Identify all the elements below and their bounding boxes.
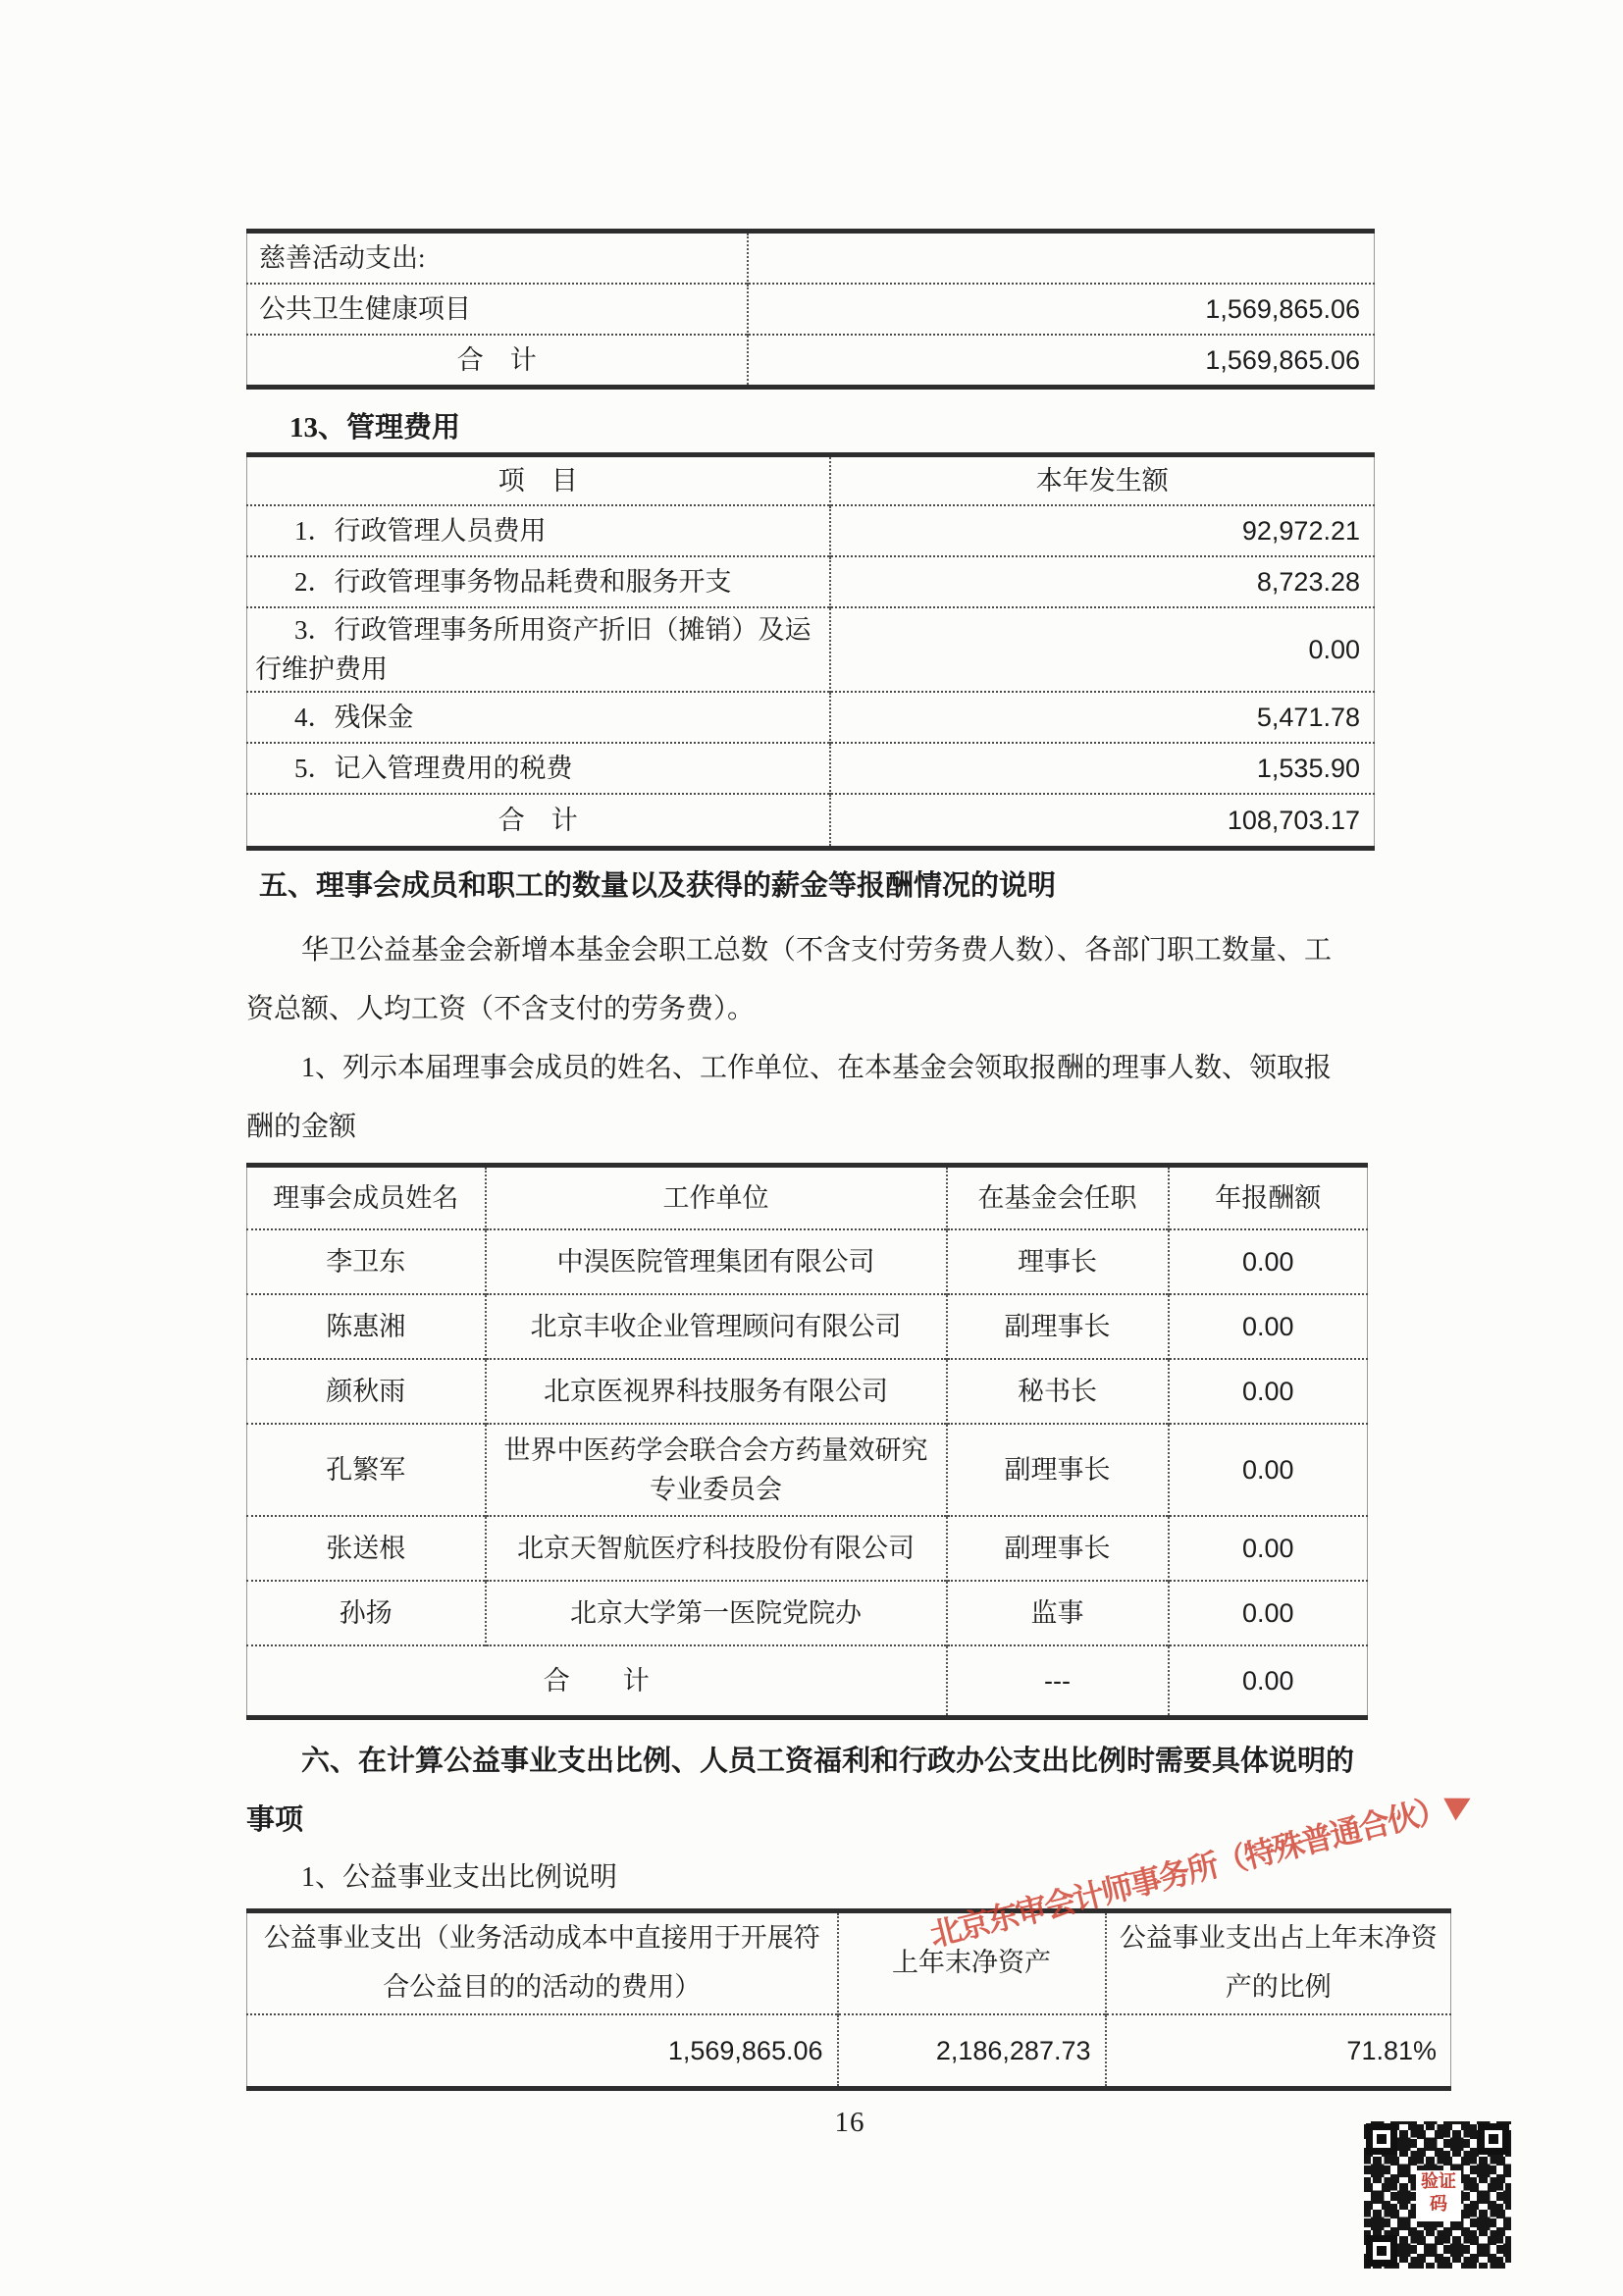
column-header-pay: 年报酬额 [1169, 1166, 1368, 1230]
admin-row-label: 3．行政管理事务所用资产折旧（摊销）及运行维护费用 [247, 607, 830, 692]
section-five-paragraph: 华卫公益基金会新增本基金会职工总数（不含支付劳务费人数）、各部门职工数量、工 资… [246, 921, 1404, 1039]
expense-row-value: 1,569,865.06 [748, 284, 1375, 335]
column-header-item: 项 目 [247, 455, 830, 506]
member-name: 陈惠湘 [247, 1294, 486, 1359]
admin-row-value: 1,535.90 [830, 743, 1375, 794]
member-pay: 0.00 [1169, 1516, 1368, 1581]
section-six-item: 1、公益事业支出比例说明 [246, 1850, 1453, 1906]
document-page: 慈善活动支出: 公共卫生健康项目 1,569,865.06 合 计 1,569,… [0, 0, 1623, 2296]
table-header-row: 公益事业支出（业务活动成本中直接用于开展符合公益目的的活动的费用） 上年末净资产… [247, 1911, 1451, 2015]
table-row: 慈善活动支出: [247, 232, 1375, 285]
expense-row-label: 公共卫生健康项目 [247, 284, 748, 335]
section-five-heading: 五、理事会成员和职工的数量以及获得的薪金等报酬情况的说明 [246, 866, 1453, 906]
admin-row-value: 0.00 [830, 607, 1375, 692]
member-position: 理事长 [947, 1229, 1169, 1294]
member-position: 监事 [947, 1581, 1169, 1645]
section-five-item: 1、列示本届理事会成员的姓名、工作单位、在本基金会领取报酬的理事人数、领取报 酬… [246, 1039, 1404, 1157]
member-pay: 0.00 [1169, 1359, 1368, 1424]
expense-row-label: 慈善活动支出: [247, 232, 748, 285]
member-employer: 中淏医院管理集团有限公司 [486, 1229, 947, 1294]
column-header-ratio: 公益事业支出占上年末净资产的比例 [1106, 1911, 1451, 2015]
member-name: 孙扬 [247, 1581, 486, 1645]
welfare-expense-value: 1,569,865.06 [247, 2014, 838, 2089]
column-header-amount: 本年发生额 [830, 455, 1375, 506]
admin-row-label: 2．行政管理事务物品耗费和服务开支 [247, 556, 830, 607]
admin-row-value: 92,972.21 [830, 505, 1375, 556]
expense-total-value: 1,569,865.06 [748, 335, 1375, 388]
member-pay: 0.00 [1169, 1294, 1368, 1359]
section-six-heading: 六、在计算公益事业支出比例、人员工资福利和行政办公支出比例时需要具体说明的 事项 [246, 1732, 1453, 1850]
column-header-employer: 工作单位 [486, 1166, 947, 1230]
public-welfare-ratio-table: 公益事业支出（业务活动成本中直接用于开展符合公益目的的活动的费用） 上年末净资产… [246, 1908, 1451, 2091]
column-header-net-assets: 上年末净资产 [838, 1911, 1106, 2015]
member-position: 秘书长 [947, 1359, 1169, 1424]
member-position: 副理事长 [947, 1424, 1169, 1516]
column-header-name: 理事会成员姓名 [247, 1166, 486, 1230]
admin-row-label: 1．行政管理人员费用 [247, 505, 830, 556]
table-row: 张送根 北京天智航医疗科技股份有限公司 副理事长 0.00 [247, 1516, 1368, 1581]
board-total-position: --- [947, 1645, 1169, 1718]
table-row: 1,569,865.06 2,186,287.73 71.81% [247, 2014, 1451, 2089]
table-total-row: 合 计 108,703.17 [247, 794, 1375, 849]
net-assets-value: 2,186,287.73 [838, 2014, 1106, 2089]
member-name: 颜秋雨 [247, 1359, 486, 1424]
expense-row-value [748, 232, 1375, 285]
charity-expense-table: 慈善活动支出: 公共卫生健康项目 1,569,865.06 合 计 1,569,… [246, 229, 1375, 390]
member-employer: 北京医视界科技服务有限公司 [486, 1359, 947, 1424]
table-row: 合 计 1,569,865.06 [247, 335, 1375, 388]
admin-row-value: 5,471.78 [830, 692, 1375, 743]
column-header-position: 在基金会任职 [947, 1166, 1169, 1230]
table-total-row: 合 计 --- 0.00 [247, 1645, 1368, 1718]
page-number: 16 [246, 2107, 1453, 2139]
member-name: 张送根 [247, 1516, 486, 1581]
member-name: 李卫东 [247, 1229, 486, 1294]
table-row: 李卫东 中淏医院管理集团有限公司 理事长 0.00 [247, 1229, 1368, 1294]
admin-total-value: 108,703.17 [830, 794, 1375, 849]
table-row: 4．残保金 5,471.78 [247, 692, 1375, 743]
table-row: 5．记入管理费用的税费 1,535.90 [247, 743, 1375, 794]
member-employer: 北京天智航医疗科技股份有限公司 [486, 1516, 947, 1581]
table-row: 孙扬 北京大学第一医院党院办 监事 0.00 [247, 1581, 1368, 1645]
admin-fee-heading: 13、管理费用 [246, 409, 1453, 446]
table-row: 3．行政管理事务所用资产折旧（摊销）及运行维护费用 0.00 [247, 607, 1375, 692]
member-pay: 0.00 [1169, 1229, 1368, 1294]
table-row: 1．行政管理人员费用 92,972.21 [247, 505, 1375, 556]
board-total-label: 合 计 [247, 1645, 947, 1718]
column-header-welfare-expense: 公益事业支出（业务活动成本中直接用于开展符合公益目的的活动的费用） [247, 1911, 838, 2015]
member-employer: 世界中医药学会联合会方药量效研究专业委员会 [486, 1424, 947, 1516]
table-row: 孔繁军 世界中医药学会联合会方药量效研究专业委员会 副理事长 0.00 [247, 1424, 1368, 1516]
table-row: 2．行政管理事务物品耗费和服务开支 8,723.28 [247, 556, 1375, 607]
qr-finder-icon [1478, 2123, 1509, 2155]
board-members-table: 理事会成员姓名 工作单位 在基金会任职 年报酬额 李卫东 中淏医院管理集团有限公… [246, 1163, 1368, 1720]
member-employer: 北京丰收企业管理顾问有限公司 [486, 1294, 947, 1359]
member-name: 孔繁军 [247, 1424, 486, 1516]
qr-code: 验证码 [1364, 2121, 1511, 2269]
member-position: 副理事长 [947, 1516, 1169, 1581]
qr-finder-icon [1366, 2235, 1397, 2267]
member-employer: 北京大学第一医院党院办 [486, 1581, 947, 1645]
qr-finder-icon [1366, 2123, 1397, 2155]
board-total-pay: 0.00 [1169, 1645, 1368, 1718]
expense-total-label: 合 计 [247, 335, 748, 388]
admin-row-label: 5．记入管理费用的税费 [247, 743, 830, 794]
qr-verify-label: 验证码 [1416, 2170, 1461, 2221]
table-row: 陈惠湘 北京丰收企业管理顾问有限公司 副理事长 0.00 [247, 1294, 1368, 1359]
ratio-value: 71.81% [1106, 2014, 1451, 2089]
admin-total-label: 合 计 [247, 794, 830, 849]
admin-fee-table: 项 目 本年发生额 1．行政管理人员费用 92,972.21 2．行政管理事务物… [246, 452, 1375, 851]
member-pay: 0.00 [1169, 1581, 1368, 1645]
member-position: 副理事长 [947, 1294, 1169, 1359]
member-pay: 0.00 [1169, 1424, 1368, 1516]
admin-row-value: 8,723.28 [830, 556, 1375, 607]
admin-row-label: 4．残保金 [247, 692, 830, 743]
table-header-row: 理事会成员姓名 工作单位 在基金会任职 年报酬额 [247, 1166, 1368, 1230]
page-content: 慈善活动支出: 公共卫生健康项目 1,569,865.06 合 计 1,569,… [246, 0, 1453, 2139]
table-header-row: 项 目 本年发生额 [247, 455, 1375, 506]
table-row: 颜秋雨 北京医视界科技服务有限公司 秘书长 0.00 [247, 1359, 1368, 1424]
table-row: 公共卫生健康项目 1,569,865.06 [247, 284, 1375, 335]
